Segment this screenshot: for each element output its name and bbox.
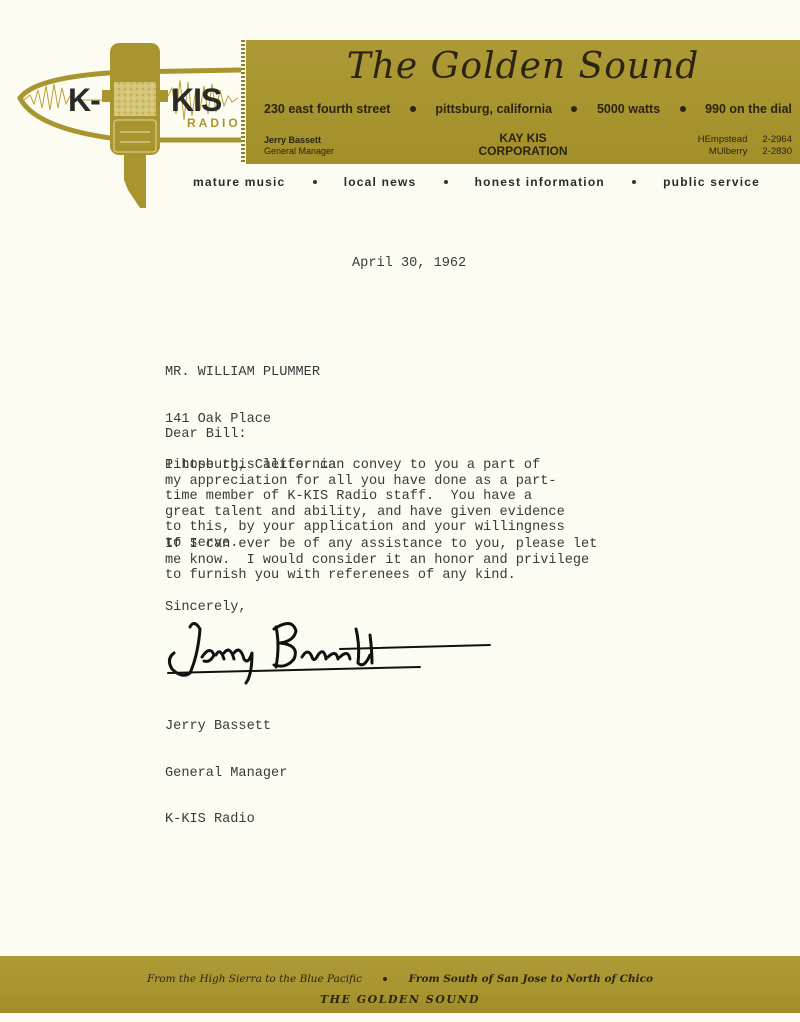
- bullet-icon: [383, 977, 387, 981]
- bullet-icon: [444, 180, 448, 184]
- logo-radio-text: RADIO: [187, 116, 241, 130]
- handwritten-signature: [160, 615, 500, 692]
- bullet-icon: [680, 106, 686, 112]
- recipient-street: 141 Oak Place: [165, 412, 336, 428]
- phone-row: MUlberry 2-2830: [698, 146, 792, 158]
- phone-number: 2-2830: [750, 146, 792, 158]
- phone-number: 2-2964: [750, 134, 792, 146]
- phone-row: HEmpstead 2-2964: [698, 134, 792, 146]
- signer-block: Jerry Bassett General Manager K-KIS Radi…: [165, 688, 287, 843]
- logo-k-text: K-: [68, 82, 100, 119]
- brand-title: The Golden Sound: [246, 46, 800, 87]
- signer-name: Jerry Bassett: [165, 719, 287, 735]
- body-paragraph-2: If I can ever be of any assistance to yo…: [165, 537, 597, 584]
- tagline-item: honest information: [475, 175, 605, 189]
- address-street: 230 east fourth street: [264, 102, 390, 116]
- footer-coverage-right: From South of San Jose to North of Chico: [409, 973, 653, 985]
- phone-exchange: HEmpstead: [698, 134, 748, 145]
- footer-slogan: THE GOLDEN SOUND: [0, 993, 800, 1006]
- tagline-item: mature music: [193, 175, 285, 189]
- recipient-name: MR. WILLIAM PLUMMER: [165, 365, 336, 381]
- station-power: 5000 watts: [597, 102, 660, 116]
- salutation: Dear Bill:: [165, 427, 247, 443]
- letter-date: April 30, 1962: [352, 256, 466, 272]
- bullet-icon: [632, 180, 636, 184]
- tagline: mature music local news honest informati…: [193, 175, 760, 189]
- phone-block: HEmpstead 2-2964 MUlberry 2-2830: [698, 134, 792, 158]
- phone-exchange: MUlberry: [709, 146, 748, 157]
- tagline-item: public service: [663, 175, 760, 189]
- signature-graphic: [160, 615, 500, 687]
- bullet-icon: [410, 106, 416, 112]
- address-city: pittsburg, california: [435, 102, 552, 116]
- footer-coverage-line: From the High Sierra to the Blue Pacific…: [0, 973, 800, 985]
- bullet-icon: [571, 106, 577, 112]
- perforation-edge: [241, 40, 245, 164]
- signer-title: General Manager: [165, 766, 287, 782]
- tagline-item: local news: [344, 175, 417, 189]
- station-address-line: 230 east fourth street pittsburg, califo…: [264, 102, 792, 116]
- letterhead-band: The Golden Sound 230 east fourth street …: [246, 40, 800, 164]
- footer-band: From the High Sierra to the Blue Pacific…: [0, 956, 800, 1013]
- signer-company: K-KIS Radio: [165, 812, 287, 828]
- logo-kis-text: KIS: [171, 82, 221, 119]
- footer-coverage-left: From the High Sierra to the Blue Pacific: [147, 973, 362, 985]
- closing: Sincerely,: [165, 600, 247, 616]
- bullet-icon: [313, 180, 317, 184]
- station-frequency: 990 on the dial: [705, 102, 792, 116]
